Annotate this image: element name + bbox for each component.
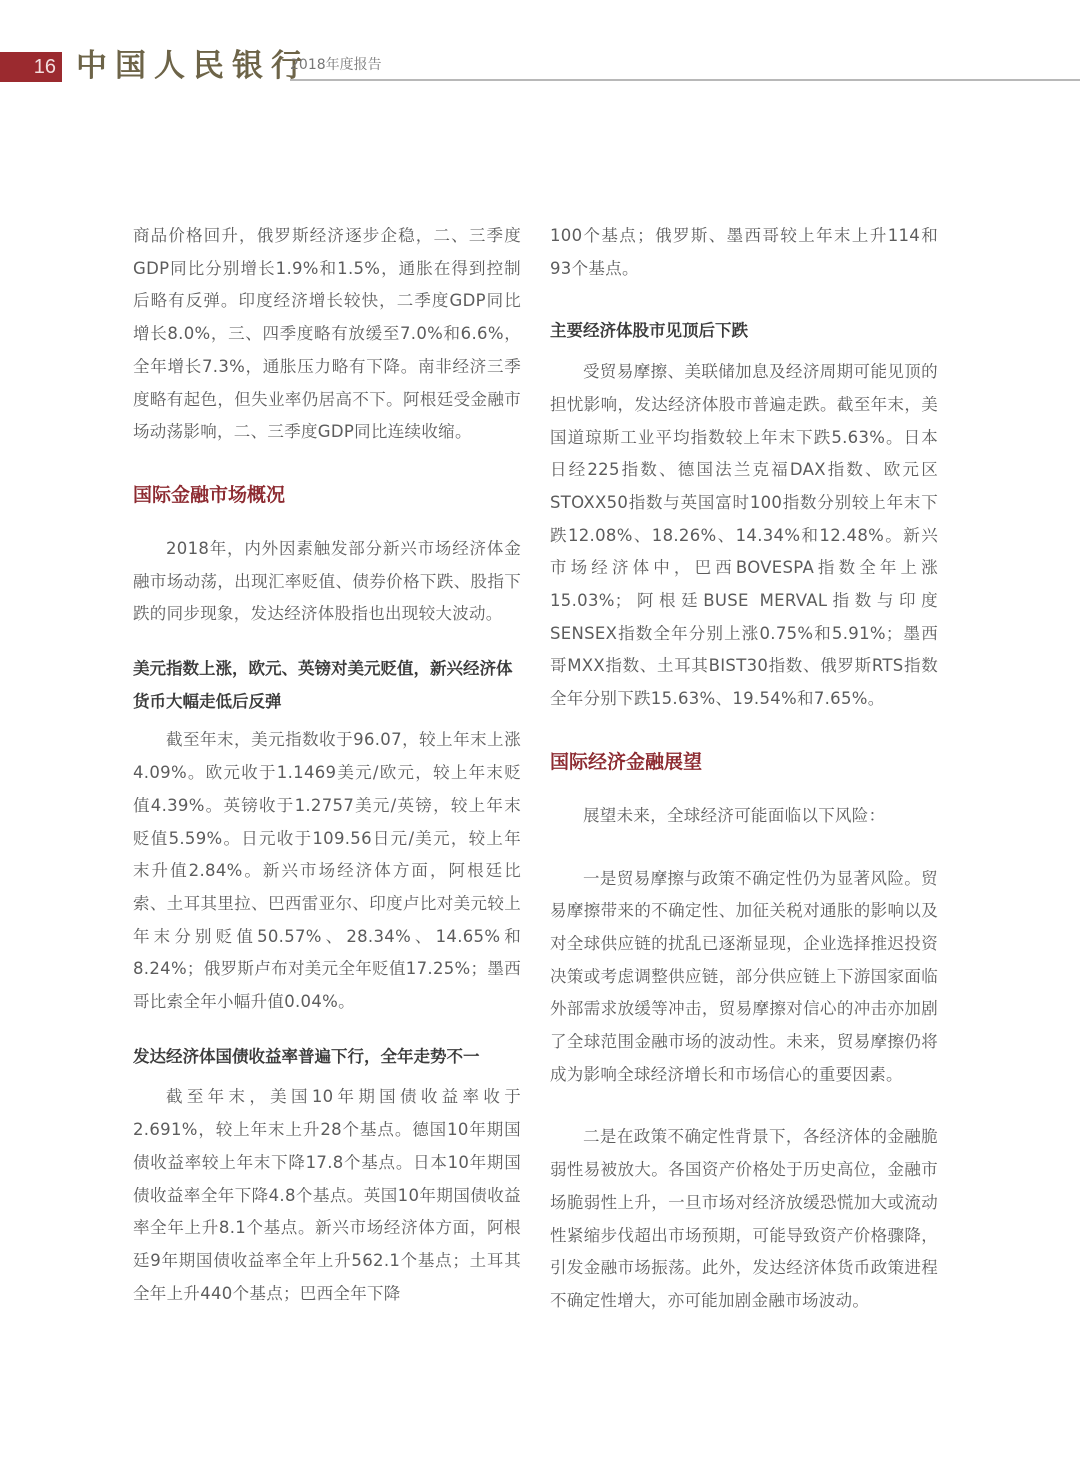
page-number: 16	[0, 52, 62, 82]
paragraph-risk-two: 二是在政策不确定性背景下，各经济体的金融脆弱性易被放大。各国资产价格处于历史高位…	[550, 1121, 938, 1317]
paragraph-bond-yields: 截至年末，美国10年期国债收益率收于2.691%，较上年末上升28个基点。德国1…	[133, 1081, 521, 1310]
right-column: 100个基点；俄罗斯、墨西哥较上年末上升114和93个基点。 主要经济体股市见顶…	[550, 220, 938, 1318]
paragraph-stock-markets: 受贸易摩擦、美联储加息及经济周期可能见顶的担忧影响，发达经济体股市普遍走跌。截至…	[550, 356, 938, 716]
bank-logo: 中国人民银行	[76, 46, 310, 86]
subheading-bond-yields: 发达经济体国债收益率普遍下行，全年走势不一	[133, 1041, 521, 1074]
report-title: 2018年度报告	[290, 55, 382, 75]
subheading-currency: 美元指数上涨，欧元、英镑对美元贬值，新兴经济体货币大幅走低后反弹	[133, 653, 521, 718]
paragraph-outlook-intro: 展望未来，全球经济可能面临以下风险：	[550, 800, 938, 833]
section-title-intl-financial-markets: 国际金融市场概况	[133, 479, 521, 511]
paragraph-currency: 截至年末，美元指数收于96.07，较上年末上涨4.09%。欧元收于1.1469美…	[133, 724, 521, 1018]
paragraph-continued: 商品价格回升，俄罗斯经济逐步企稳，二、三季度GDP同比分别增长1.9%和1.5%…	[133, 220, 521, 449]
paragraph-risk-one: 一是贸易摩擦与政策不确定性仍为显著风险。贸易摩擦带来的不确定性、加征关税对通胀的…	[550, 863, 938, 1092]
subheading-stock-markets: 主要经济体股市见顶后下跌	[550, 315, 938, 348]
left-column: 商品价格回升，俄罗斯经济逐步企稳，二、三季度GDP同比分别增长1.9%和1.5%…	[133, 220, 521, 1310]
header-divider	[290, 79, 1080, 81]
section-title-outlook: 国际经济金融展望	[550, 746, 938, 778]
paragraph-continued: 100个基点；俄罗斯、墨西哥较上年末上升114和93个基点。	[550, 220, 938, 285]
section-intro-paragraph: 2018年，内外因素触发部分新兴市场经济体金融市场动荡，出现汇率贬值、债券价格下…	[133, 533, 521, 631]
page-header: 16 中国人民银行 2018年度报告	[0, 50, 1080, 86]
